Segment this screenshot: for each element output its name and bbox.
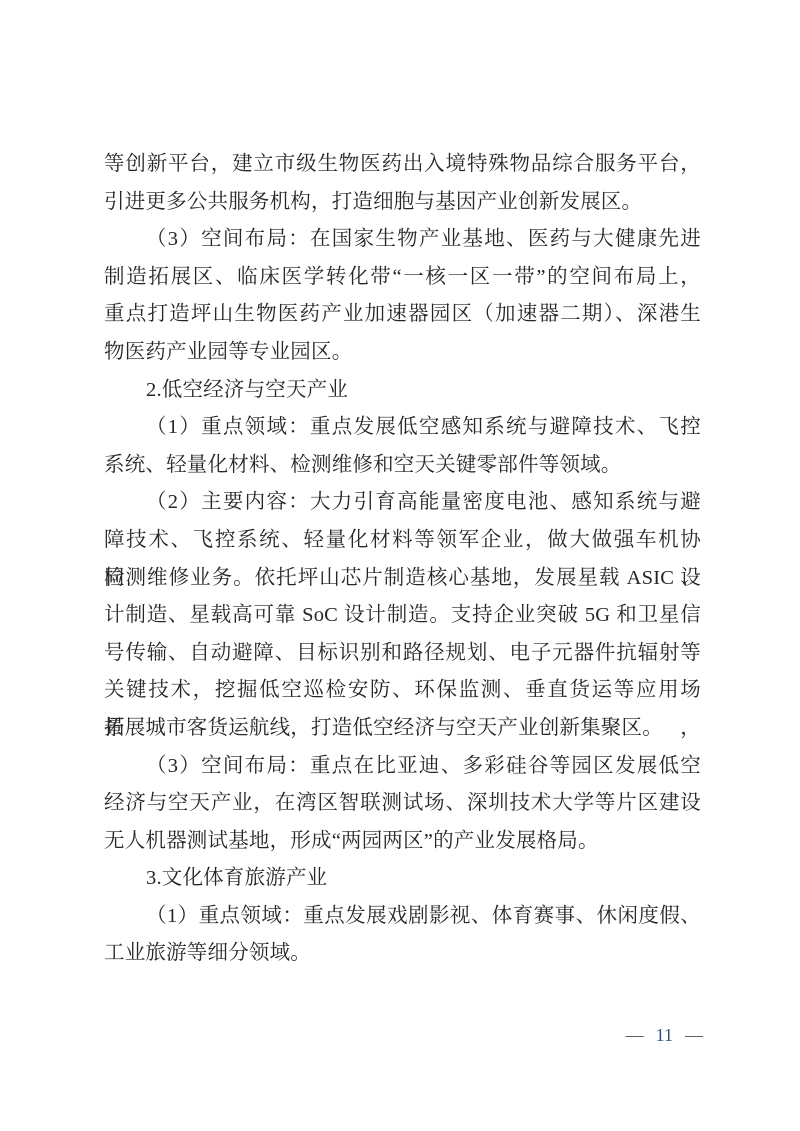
page-number-dash-left: — — [626, 1021, 644, 1049]
text-line: 号传输、自动避障、目标识别和路径规划、电子元器件抗辐射等 — [104, 635, 701, 673]
text-line: 重点打造坪山生物医药产业加速器园区（加速器二期）、深港生 — [104, 296, 701, 334]
text-line: 障技术、飞控系统、轻量化材料等领军企业，做大做强车机协同、 — [104, 522, 701, 560]
text-line: 计制造、星载高可靠 SoC 设计制造。支持企业突破 5G 和卫星信 — [104, 597, 701, 635]
text-line: 检测维修业务。依托坪山芯片制造核心基地，发展星载 ASIC 设 — [104, 560, 701, 598]
text-line: 等创新平台，建立市级生物医药出入境特殊物品综合服务平台， — [104, 146, 701, 184]
text-line: （1）重点领域：重点发展戏剧影视、体育赛事、休闲度假、 — [104, 898, 701, 936]
text-line: （3）空间布局：在国家生物产业基地、医药与大健康先进 — [104, 221, 701, 259]
document-body: 等创新平台，建立市级生物医药出入境特殊物品综合服务平台，引进更多公共服务机构，打… — [104, 146, 701, 973]
page-number-dash-right: — — [685, 1021, 703, 1049]
page-number: — 11 — — [626, 1021, 703, 1049]
document-page: 等创新平台，建立市级生物医药出入境特殊物品综合服务平台，引进更多公共服务机构，打… — [0, 0, 800, 1131]
page-number-value: 11 — [656, 1021, 673, 1049]
text-line: 工业旅游等细分领域。 — [104, 935, 701, 973]
text-line: （3）空间布局：重点在比亚迪、多彩硅谷等园区发展低空 — [104, 748, 701, 786]
text-line: （2）主要内容：大力引育高能量密度电池、感知系统与避 — [104, 484, 701, 522]
text-line: 3.文化体育旅游产业 — [104, 860, 701, 898]
text-line: 无人机器测试基地，形成“两园两区”的产业发展格局。 — [104, 823, 701, 861]
text-line: 拓展城市客货运航线，打造低空经济与空天产业创新集聚区。 — [104, 710, 701, 748]
text-line: 引进更多公共服务机构，打造细胞与基因产业创新发展区。 — [104, 184, 701, 222]
text-line: 2.低空经济与空天产业 — [104, 372, 701, 410]
text-line: （1）重点领域：重点发展低空感知系统与避障技术、飞控 — [104, 409, 701, 447]
text-line: 制造拓展区、临床医学转化带“一核一区一带”的空间布局上， — [104, 259, 701, 297]
text-line: 系统、轻量化材料、检测维修和空天关键零部件等领域。 — [104, 447, 701, 485]
text-line: 经济与空天产业，在湾区智联测试场、深圳技术大学等片区建设 — [104, 785, 701, 823]
text-line: 物医药产业园等专业园区。 — [104, 334, 701, 372]
text-line: 关键技术，挖掘低空巡检安防、环保监测、垂直货运等应用场景， — [104, 672, 701, 710]
